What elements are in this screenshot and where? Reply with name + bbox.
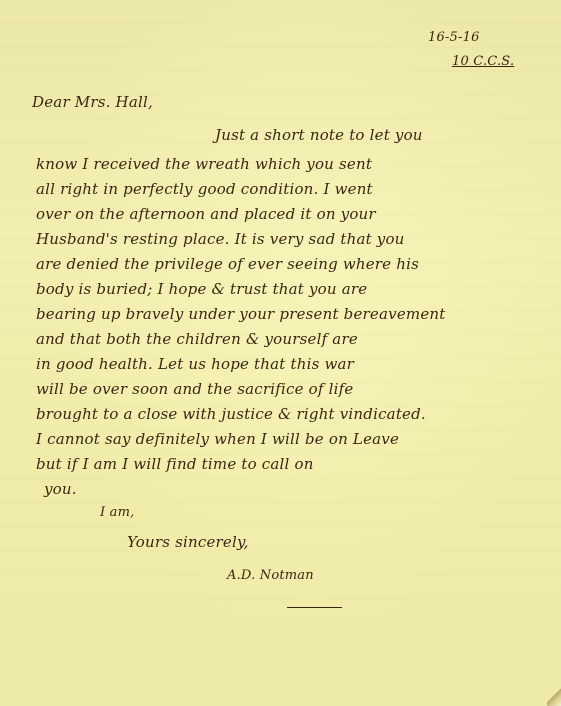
- body-line-15: you.: [44, 480, 554, 498]
- body-line-5: Husband's resting place. It is very sad …: [36, 230, 546, 248]
- body-line-1: Just a short note to let you: [215, 126, 546, 144]
- body-line-10: in good health. Let us hope that this wa…: [36, 355, 546, 373]
- signature-underline: [287, 607, 342, 609]
- body-line-3: all right in perfectly good condition. I…: [36, 180, 546, 198]
- body-line-11: will be over soon and the sacrifice of l…: [36, 380, 546, 398]
- closing-i-am: I am,: [100, 505, 134, 520]
- signature: A.D. Notman: [227, 568, 314, 583]
- body-line-2: know I received the wreath which you sen…: [36, 155, 546, 173]
- body-line-12: brought to a close with justice & right …: [36, 405, 546, 423]
- unit-designation: 10 C.C.S.: [452, 54, 514, 69]
- salutation: Dear Mrs. Hall,: [32, 93, 153, 111]
- paper-corner-curl: [547, 684, 561, 706]
- closing-yours-sincerely: Yours sincerely,: [127, 533, 249, 551]
- body-line-8: bearing up bravely under your present be…: [36, 305, 546, 323]
- body-line-7: body is buried; I hope & trust that you …: [36, 280, 546, 298]
- body-line-14: but if I am I will find time to call on: [36, 455, 546, 473]
- body-line-6: are denied the privilege of ever seeing …: [36, 255, 546, 273]
- letter-page: 16-5-16 10 C.C.S. Dear Mrs. Hall, Just a…: [0, 0, 561, 706]
- body-line-13: I cannot say definitely when I will be o…: [36, 430, 546, 448]
- body-line-4: over on the afternoon and placed it on y…: [36, 205, 546, 223]
- letter-date: 16-5-16: [428, 30, 480, 45]
- body-line-9: and that both the children & yourself ar…: [36, 330, 546, 348]
